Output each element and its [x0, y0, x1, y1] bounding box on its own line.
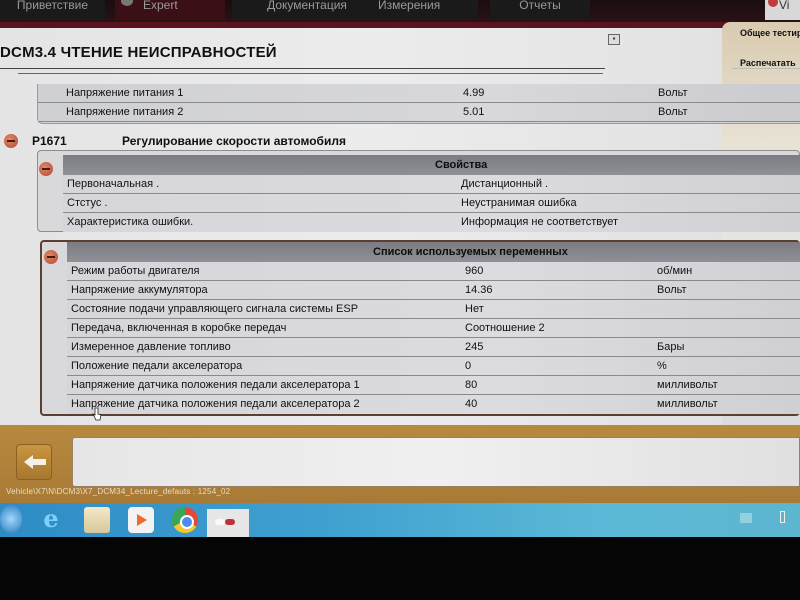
- variable-name: Положение педали акселератора: [71, 360, 242, 372]
- variable-unit: Вольт: [657, 284, 687, 296]
- tab-label: Документация: [267, 0, 347, 12]
- tab-label: Vi: [779, 0, 789, 12]
- bottom-bar: Vehicle\X7\N\DCM3\X7_DCM34_Lecture_defau…: [0, 425, 800, 503]
- table-row: Состояние подачи управляющего сигнала си…: [67, 300, 800, 319]
- print-button[interactable]: Распечатать: [740, 58, 796, 68]
- tab-label: Приветствие: [17, 0, 88, 12]
- tab-expert[interactable]: Expert: [115, 0, 225, 20]
- table-row: Передача, включенная в коробке передачСо…: [67, 319, 800, 338]
- table-row: Режим работы двигателя960об/мин: [67, 262, 800, 281]
- app-icon-left: [215, 519, 225, 525]
- variable-value: 5.01: [463, 106, 484, 118]
- properties-table: Свойства Первоначальная . Дистанционный …: [37, 150, 800, 232]
- arrow-left-icon: [23, 454, 47, 470]
- variable-unit: Бары: [657, 341, 684, 353]
- variable-name: Состояние подачи управляющего сигнала си…: [71, 303, 358, 315]
- collapse-icon[interactable]: [44, 250, 58, 264]
- tab-label: Отчеты: [519, 0, 560, 12]
- variable-unit: об/мин: [657, 265, 692, 277]
- expand-button[interactable]: ▪: [608, 34, 620, 45]
- variable-value: 80: [465, 379, 477, 391]
- variable-unit: милливольт: [657, 398, 718, 410]
- internet-explorer-icon[interactable]: e: [38, 507, 64, 533]
- table-row: Напряжение питания 1 4.99 Вольт: [38, 84, 800, 103]
- property-value: Неустранимая ошибка: [461, 197, 577, 209]
- table-row: Положение педали акселератора0%: [67, 357, 800, 376]
- variable-value: 40: [465, 398, 477, 410]
- tab-welcome[interactable]: Приветствие: [0, 0, 105, 20]
- back-button[interactable]: [16, 444, 52, 480]
- variable-unit: %: [657, 360, 667, 372]
- taskbar: e: [0, 503, 800, 537]
- table-row: Напряжение датчика положения педали аксе…: [67, 395, 800, 414]
- fault-description: Регулирование скорости автомобиля: [122, 134, 346, 148]
- property-name: Характеристика ошибки.: [67, 216, 193, 228]
- tab-measurements[interactable]: Измерения: [378, 0, 478, 20]
- variable-name: Напряжение датчика положения педали аксе…: [71, 379, 360, 391]
- variable-value: 14.36: [465, 284, 493, 296]
- side-divider: [732, 68, 800, 69]
- vehicle-icon: [768, 0, 778, 7]
- variable-name: Напряжение датчика положения педали аксе…: [71, 398, 360, 410]
- table-row: Напряжение датчика положения педали аксе…: [67, 376, 800, 395]
- chrome-icon[interactable]: [172, 507, 198, 533]
- variable-value: 0: [465, 360, 471, 372]
- property-name: Первоначальная .: [67, 178, 159, 190]
- variable-unit: Вольт: [658, 87, 688, 99]
- variable-value: 960: [465, 265, 483, 277]
- tab-documentation[interactable]: Документация: [232, 0, 382, 20]
- message-area: [72, 437, 800, 487]
- file-explorer-icon[interactable]: [84, 507, 110, 533]
- previous-variables-table: Напряжение питания 1 4.99 Вольт Напряжен…: [37, 84, 800, 124]
- fault-header: P1671 Регулирование скорости автомобиля: [0, 132, 730, 150]
- variable-name: Напряжение питания 2: [66, 106, 183, 118]
- table-row: Измеренное давление топливо245Бары: [67, 338, 800, 357]
- tab-label: Измерения: [378, 0, 440, 12]
- table-row: Характеристика ошибки. Информация не соо…: [63, 213, 800, 232]
- title-divider: [0, 68, 605, 69]
- table-row: Стстус . Неустранимая ошибка: [63, 194, 800, 213]
- property-value: Дистанционный .: [461, 178, 548, 190]
- battery-icon[interactable]: [780, 511, 785, 523]
- properties-header: Свойства: [63, 155, 800, 175]
- general-test-button[interactable]: Общее тестирование: [740, 28, 800, 38]
- property-value: Информация не соответствует: [461, 216, 618, 228]
- properties-title: Свойства: [435, 159, 487, 171]
- variable-value: Соотношение 2: [465, 322, 545, 334]
- table-row: Напряжение питания 2 5.01 Вольт: [38, 103, 800, 122]
- variables-header: Список используемых переменных: [67, 242, 800, 262]
- mouse-cursor-icon: [92, 407, 102, 421]
- tab-vehicle[interactable]: Vi: [765, 0, 800, 20]
- variable-value: 4.99: [463, 87, 484, 99]
- variable-name: Напряжение питания 1: [66, 87, 183, 99]
- diagbox-taskbar-button[interactable]: [207, 509, 249, 537]
- property-name: Стстус .: [67, 197, 108, 209]
- fault-code: P1671: [32, 134, 67, 148]
- variables-title: Список используемых переменных: [373, 246, 568, 258]
- media-player-icon[interactable]: [128, 507, 154, 533]
- expert-icon: [121, 0, 133, 6]
- page-title: DCM3.4 ЧТЕНИЕ НЕИСПРАВНОСТЕЙ: [0, 44, 277, 61]
- collapse-icon[interactable]: [4, 134, 18, 148]
- table-row: Напряжение аккумулятора14.36Вольт: [67, 281, 800, 300]
- title-divider: [18, 73, 603, 74]
- start-button-icon[interactable]: [0, 505, 22, 533]
- table-row: Первоначальная . Дистанционный .: [63, 175, 800, 194]
- script-path: Vehicle\X7\N\DCM3\X7_DCM34_Lecture_defau…: [6, 487, 230, 496]
- top-navigation: Приветствие Expert Документация Измерени…: [0, 0, 800, 22]
- collapse-icon[interactable]: [39, 162, 53, 176]
- tab-label: Expert: [143, 0, 178, 12]
- variable-name: Измеренное давление топливо: [71, 341, 231, 353]
- variable-name: Передача, включенная в коробке передач: [71, 322, 286, 334]
- variable-name: Режим работы двигателя: [71, 265, 199, 277]
- variable-value: Нет: [465, 303, 484, 315]
- app-icon-right: [225, 519, 235, 525]
- screen-bezel: [0, 537, 800, 600]
- variable-value: 245: [465, 341, 483, 353]
- tab-reports[interactable]: Отчеты: [490, 0, 590, 20]
- variable-unit: милливольт: [657, 379, 718, 391]
- language-indicator-icon[interactable]: [740, 513, 752, 523]
- variable-unit: Вольт: [658, 106, 688, 118]
- variable-name: Напряжение аккумулятора: [71, 284, 208, 296]
- variables-table: Список используемых переменных Режим раб…: [40, 240, 800, 416]
